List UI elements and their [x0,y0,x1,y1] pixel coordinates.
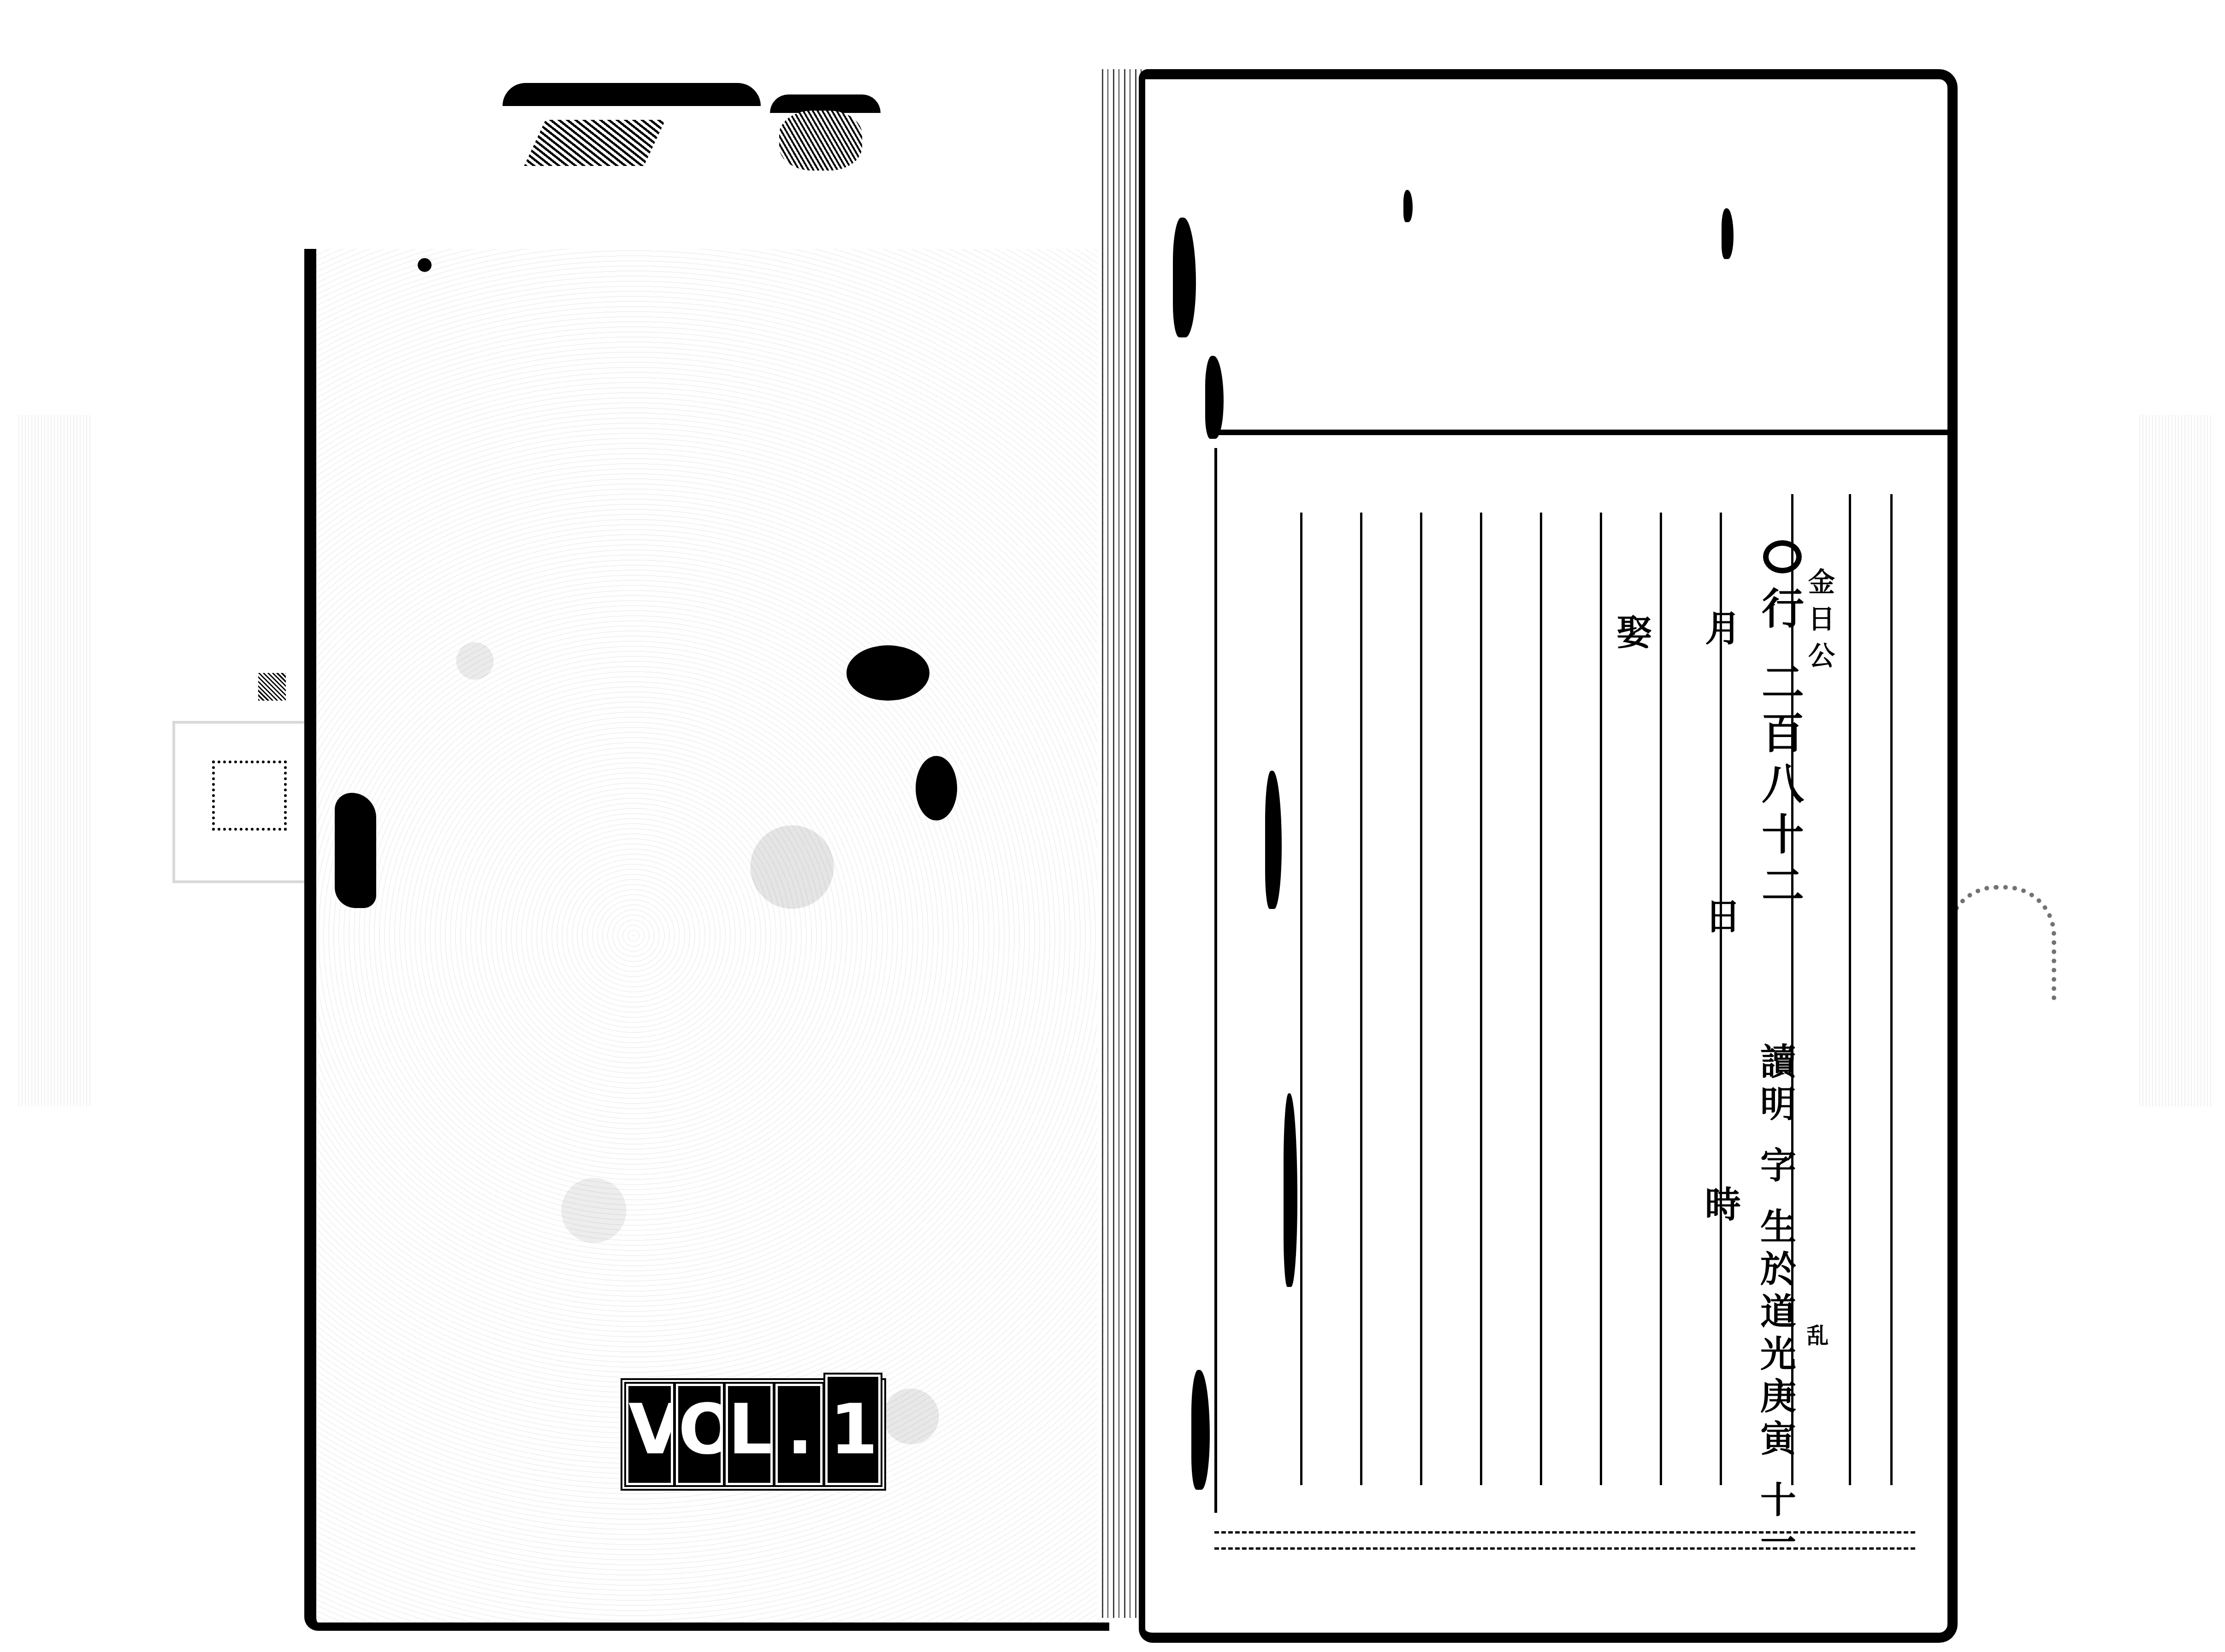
column-rule [1660,513,1662,1485]
cover-stain [916,756,957,820]
column-rule [1360,513,1362,1485]
background-logo-fragment-right [1946,885,2056,1000]
date-fields: 月 日 時 [1694,609,1746,1341]
column-rule [1600,513,1602,1485]
column-rule [1540,513,1542,1485]
logo-inner-square [212,761,287,831]
cover-stain [846,645,929,701]
volume-label-letter: . [775,1384,823,1485]
title-slip-edge [770,94,881,113]
column-rule [1480,513,1482,1485]
name-field-label: 字 [1754,1146,1796,1189]
spouse-label: 娶 [1606,614,1657,657]
column-rule [1420,513,1422,1485]
background-logo-fragment-left [175,724,318,880]
page-edge-damage [1191,1370,1210,1490]
volume-label: V O L . 1 [621,1378,886,1491]
volume-label-number: 1 [825,1375,881,1485]
title-slip-edge [503,83,761,106]
circle-marker-icon [1763,540,1802,573]
column-rule [1890,494,1893,1485]
page-edge-damage [1173,218,1196,337]
column-rule [1300,513,1302,1485]
volume-label-letter: V [626,1384,673,1485]
scanner-edge-noise-right [2139,415,2213,1106]
cover-title-slip-fragment [489,65,885,166]
title-slip-wear [779,111,862,171]
volume-label-letter: L [726,1384,773,1485]
scanner-edge-noise-left [18,415,92,1106]
courtesy-name-annotation: 讀明 [1754,1043,1796,1127]
volume-label-letter: O [676,1384,723,1485]
birth-record-text: 讀明 字 生於道光庚寅 十一 [1749,1043,1801,1566]
birth-month-text: 十一 [1754,1481,1796,1566]
column-rule [1849,494,1851,1485]
title-slip-wear [524,120,666,166]
birth-text: 生於道光庚寅 [1754,1208,1796,1462]
side-annotation-top: 金日公 [1800,568,1839,678]
page-footer-band [1214,1531,1915,1550]
scanned-book-spread: V O L . 1 行 二百八十二 [0,0,2225,1652]
cover-stain [418,258,432,272]
front-cover: V O L . 1 [304,249,1109,1631]
register-page: 行 二百八十二 金日公 乱 讀明 字 生於道光庚寅 十一 月 日 時 娶 [1139,69,1958,1643]
logo-dot [258,673,286,701]
side-annotation-bottom: 乱 [1800,1324,1832,1354]
page-upper-margin [1214,79,1947,435]
cover-tear-damage [335,793,376,908]
